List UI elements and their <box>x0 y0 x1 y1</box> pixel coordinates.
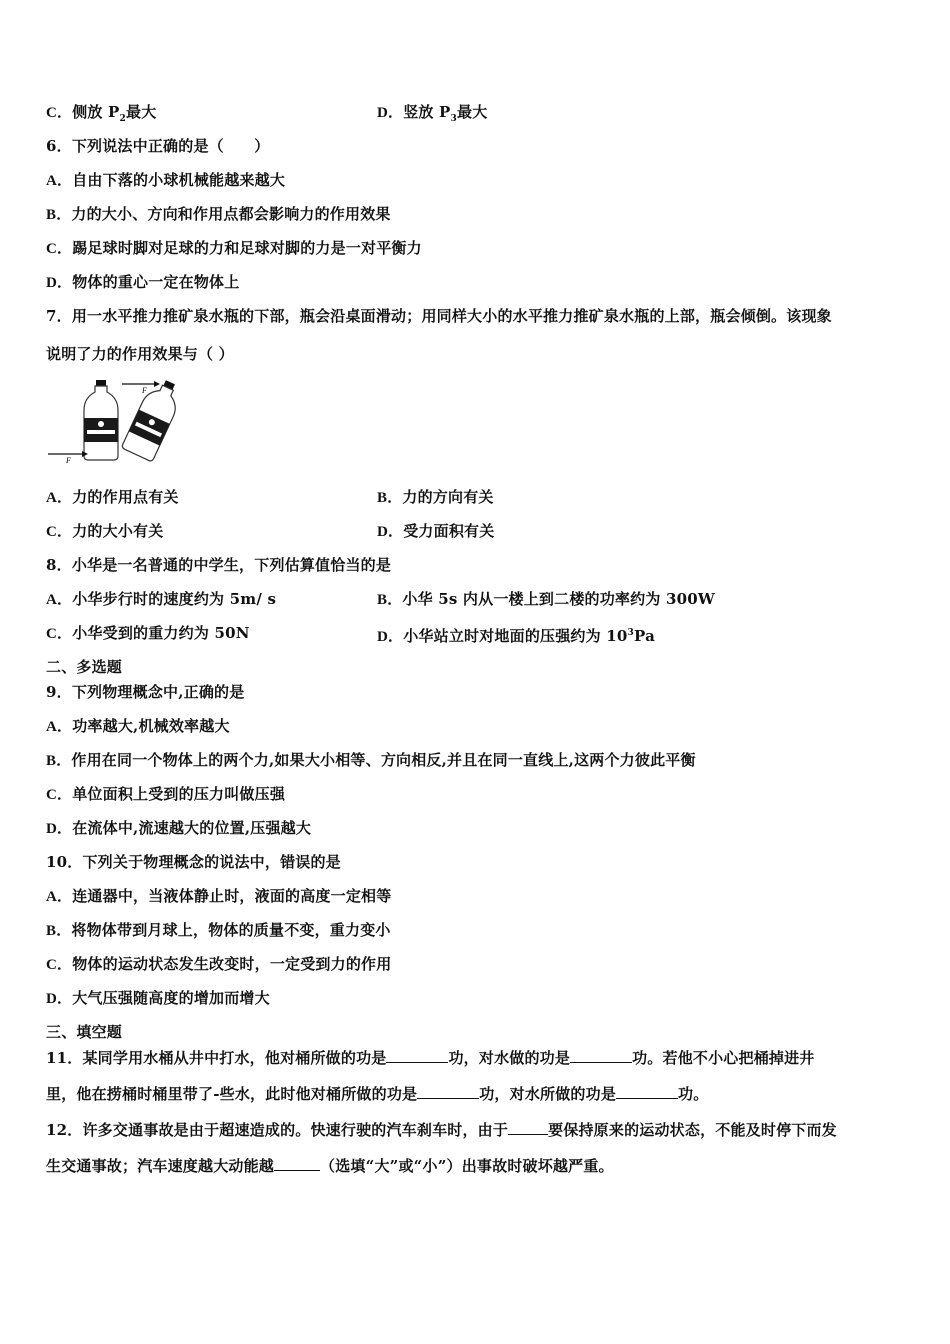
q7-option-a: A．力的作用点有关 <box>46 487 179 508</box>
bottles-figure: F F <box>46 374 186 464</box>
option-text: 单位面积上受到的压力叫做压强 <box>72 785 285 803</box>
q11-line1: 11．某同学用水桶从井中打水，他对桶所做的功是功，对水做的功是功。若他不小心把桶… <box>46 1048 815 1068</box>
q8-option-b: B．小华 5s 内从一楼上到二楼的功率约为 300W <box>377 589 715 610</box>
option-label: C． <box>46 241 72 257</box>
option-text: 物体的运动状态发生改变时，一定受到力的作用 <box>72 955 391 973</box>
q11-line2: 里，他在捞桶时桶里带了-些水，此时他对桶所做的功是功，对水所做的功是功。 <box>46 1084 708 1104</box>
section-title-fill-in: 三、填空题 <box>46 1022 122 1042</box>
text: 要保持原来的运动状态，不能及时停下而发 <box>548 1121 837 1139</box>
option-text: 物体的重心一定在物体上 <box>72 273 239 291</box>
answer-blank[interactable] <box>508 1120 548 1135</box>
option-label: B． <box>46 207 71 223</box>
option-label: B． <box>377 592 402 608</box>
q6-option-a: A．自由下落的小球机械能越来越大 <box>46 170 285 191</box>
q5-option-c: C．侧放 P2最大 <box>46 102 156 129</box>
option-text: 功率越大,机械效率越大 <box>72 717 229 735</box>
answer-blank[interactable] <box>274 1156 320 1171</box>
option-text: Pa <box>634 627 655 645</box>
text: 功，对水所做的功是 <box>479 1085 616 1103</box>
q12-line1: 12．许多交通事故是由于超速造成的。快速行驶的汽车刹车时，由于要保持原来的运动状… <box>46 1120 837 1140</box>
q10-option-c: C．物体的运动状态发生改变时，一定受到力的作用 <box>46 954 391 975</box>
option-label: A． <box>46 592 72 608</box>
q9-option-d: D．在流体中,流速越大的位置,压强越大 <box>46 818 311 839</box>
option-label: A． <box>46 490 72 506</box>
option-label: D． <box>377 524 403 540</box>
option-text: 力的作用点有关 <box>72 488 178 506</box>
section-title-multiple-choice: 二、多选题 <box>46 657 122 677</box>
option-label: C． <box>46 787 72 803</box>
option-text: 竖放 P <box>403 103 450 121</box>
q7-option-b: B．力的方向有关 <box>377 487 494 508</box>
text: 11．某同学用水桶从井中打水，他对桶所做的功是 <box>46 1049 386 1067</box>
upright-bottle-icon <box>84 380 118 460</box>
q9-stem: 9．下列物理概念中,正确的是 <box>46 682 244 702</box>
text: 里，他在捞桶时桶里带了-些水，此时他对桶所做的功是 <box>46 1085 417 1103</box>
option-label: D． <box>46 991 72 1007</box>
q8-stem: 8．小华是一名普通的中学生，下列估算值恰当的是 <box>46 555 391 575</box>
option-label: D． <box>46 275 72 291</box>
q9-option-c: C．单位面积上受到的压力叫做压强 <box>46 784 285 805</box>
option-text: 在流体中,流速越大的位置,压强越大 <box>72 819 311 837</box>
q10-stem: 10．下列关于物理概念的说法中，错误的是 <box>46 852 341 872</box>
q7-stem-line1: 7．用一水平推力推矿泉水瓶的下部，瓶会沿桌面滑动；用同样大小的水平推力推矿泉水瓶… <box>46 306 832 326</box>
option-label: C． <box>46 524 72 540</box>
q6-stem: 6．下列说法中正确的是（ ） <box>46 136 269 156</box>
option-text: 踢足球时脚对足球的力和足球对脚的力是一对平衡力 <box>72 239 422 257</box>
option-text: 受力面积有关 <box>403 522 494 540</box>
option-label: B． <box>46 923 71 939</box>
text: 功。若他不小心把桶掉进井 <box>632 1049 814 1067</box>
text: （选填“大”或“小”）出事故时破坏越严重。 <box>320 1157 614 1175</box>
option-label: A． <box>46 173 72 189</box>
option-label: D． <box>46 821 72 837</box>
option-label: B． <box>46 753 71 769</box>
answer-blank[interactable] <box>417 1084 479 1099</box>
svg-text:F: F <box>141 386 147 395</box>
option-text: 力的方向有关 <box>402 488 493 506</box>
q5-option-d: D．竖放 P3最大 <box>377 102 487 129</box>
option-label: C． <box>46 957 72 973</box>
option-text: 作用在同一个物体上的两个力,如果大小相等、方向相反,并且在同一直线上,这两个力彼… <box>71 751 695 769</box>
option-label: D． <box>377 105 403 121</box>
tilted-bottle-icon <box>121 375 186 462</box>
bottle-push-illustration: F F <box>46 374 186 464</box>
q10-option-d: D．大气压强随高度的增加而增大 <box>46 988 270 1009</box>
q7-option-d: D．受力面积有关 <box>377 521 494 542</box>
option-label: A． <box>46 889 72 905</box>
option-text: 大气压强随高度的增加而增大 <box>72 989 270 1007</box>
option-label: A． <box>46 719 72 735</box>
q8-option-c: C．小华受到的重力约为 50N <box>46 623 250 644</box>
option-text: 力的大小有关 <box>72 522 163 540</box>
q10-option-a: A．连通器中，当液体静止时，液面的高度一定相等 <box>46 886 391 907</box>
option-label: B． <box>377 490 402 506</box>
option-label: D． <box>377 629 403 645</box>
svg-text:F: F <box>65 456 71 464</box>
option-label: C． <box>46 626 72 642</box>
option-text: 连通器中，当液体静止时，液面的高度一定相等 <box>72 887 391 905</box>
q6-option-c: C．踢足球时脚对足球的力和足球对脚的力是一对平衡力 <box>46 238 422 259</box>
q6-option-d: D．物体的重心一定在物体上 <box>46 272 239 293</box>
q7-option-c: C．力的大小有关 <box>46 521 163 542</box>
option-text: 最大 <box>457 103 487 121</box>
option-text: 力的大小、方向和作用点都会影响力的作用效果 <box>71 205 390 223</box>
option-text: 小华步行时的速度约为 5m/ s <box>72 590 276 608</box>
q8-option-d: D．小华站立时对地面的压强约为 103Pa <box>377 623 655 647</box>
q6-option-b: B．力的大小、方向和作用点都会影响力的作用效果 <box>46 204 391 225</box>
text: 功，对水做的功是 <box>448 1049 570 1067</box>
option-text: 最大 <box>126 103 156 121</box>
text: 生交通事故；汽车速度越大动能越 <box>46 1157 274 1175</box>
option-text: 自由下落的小球机械能越来越大 <box>72 171 285 189</box>
option-text: 侧放 P <box>72 103 119 121</box>
q10-option-b: B．将物体带到月球上，物体的质量不变，重力变小 <box>46 920 391 941</box>
option-text: 小华站立时对地面的压强约为 10 <box>403 627 627 645</box>
force-arrow-bottom-icon: F <box>48 451 88 464</box>
q7-stem-line2: 说明了力的作用效果与（ ） <box>46 344 234 364</box>
option-text: 将物体带到月球上，物体的质量不变，重力变小 <box>71 921 390 939</box>
q12-line2: 生交通事故；汽车速度越大动能越（选填“大”或“小”）出事故时破坏越严重。 <box>46 1156 614 1176</box>
answer-blank[interactable] <box>616 1084 678 1099</box>
text: 12．许多交通事故是由于超速造成的。快速行驶的汽车刹车时，由于 <box>46 1121 508 1139</box>
answer-blank[interactable] <box>386 1048 448 1063</box>
text: 功。 <box>678 1085 708 1103</box>
q9-option-b: B．作用在同一个物体上的两个力,如果大小相等、方向相反,并且在同一直线上,这两个… <box>46 750 696 771</box>
option-text: 小华 5s 内从一楼上到二楼的功率约为 300W <box>402 590 715 608</box>
option-label: C． <box>46 105 72 121</box>
q9-option-a: A．功率越大,机械效率越大 <box>46 716 230 737</box>
q8-option-a: A．小华步行时的速度约为 5m/ s <box>46 589 276 610</box>
answer-blank[interactable] <box>570 1048 632 1063</box>
option-text: 小华受到的重力约为 50N <box>72 624 249 642</box>
